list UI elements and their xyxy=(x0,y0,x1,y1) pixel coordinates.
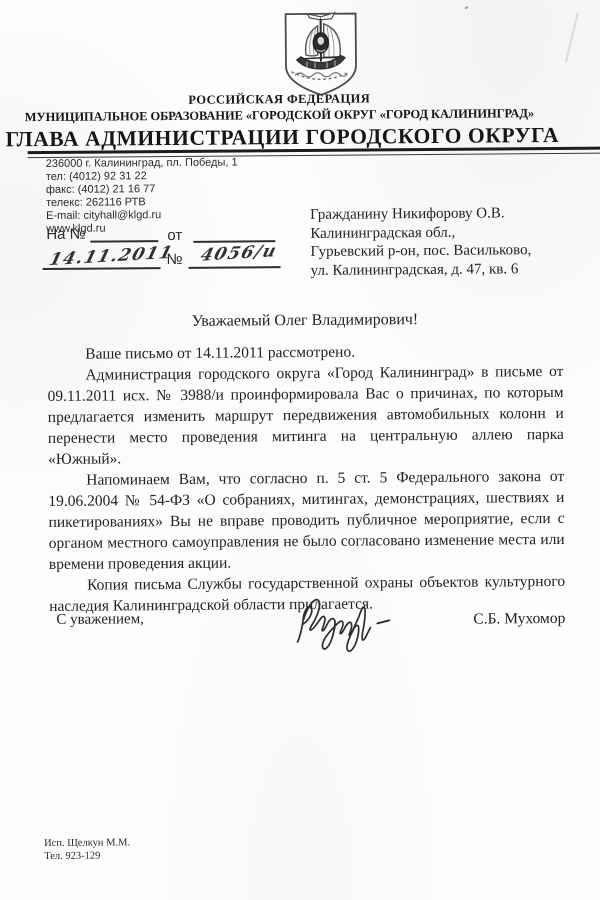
contact-block: 236000 г. Калининград, пл. Победы, 1 тел… xyxy=(46,156,277,235)
recipient-block: Гражданину Никифорову О.В. Калининградск… xyxy=(310,204,531,280)
handwritten-signature-icon xyxy=(289,589,394,663)
incoming-number-blank-line xyxy=(90,240,158,243)
executor-name: Исп. Щелкун М.М. xyxy=(44,836,130,850)
recipient-street: ул. Калининградская, д. 47, кв. 6 xyxy=(311,260,532,280)
executor-block: Исп. Щелкун М.М. Тел. 923-129 xyxy=(44,836,130,863)
scan-tilt-wrapper: РОССИЙСКАЯ ФЕДЕРАЦИЯ МУНИЦИПАЛЬНОЕ ОБРАЗ… xyxy=(0,0,600,900)
handwritten-date: 14.11.2011 xyxy=(47,243,176,270)
paragraph-3: Напоминаем Вам, что согласно п. 5 ст. 5 … xyxy=(48,466,565,575)
scan-scratch-mark xyxy=(565,12,579,63)
letter-body: Ваше письмо от 14.11.2011 рассмотрено. А… xyxy=(47,340,565,617)
salutation: Уважаемый Олег Владимирович! xyxy=(47,310,563,332)
outgoing-number-label: № xyxy=(166,251,182,268)
number-blank-line xyxy=(189,266,281,269)
recipient-name: Гражданину Никифорову О.В. xyxy=(310,204,531,224)
letterhead-municipality: МУНИЦИПАЛЬНОЕ ОБРАЗОВАНИЕ «ГОРОДСКОЙ ОКР… xyxy=(5,106,553,125)
scan-speck xyxy=(464,6,468,10)
handwritten-number: 4056/и xyxy=(198,241,279,266)
letterhead: РОССИЙСКАЯ ФЕДЕРАЦИЯ МУНИЦИПАЛЬНОЕ ОБРАЗ… xyxy=(5,90,553,152)
executor-phone: Тел. 923-129 xyxy=(44,849,130,863)
date-blank-line xyxy=(43,267,161,270)
paragraph-2: Администрация городского округа «Город К… xyxy=(47,361,564,470)
scanned-letter-page: РОССИЙСКАЯ ФЕДЕРАЦИЯ МУНИЦИПАЛЬНОЕ ОБРАЗ… xyxy=(0,0,600,900)
closing-phrase: С уважением, xyxy=(56,611,144,629)
incoming-date-label: от xyxy=(167,227,182,244)
recipient-district: Гурьевский р-он, пос. Васильково, xyxy=(310,241,531,261)
incoming-number-label: На № xyxy=(46,226,86,243)
signer-name: С.Б. Мухомор xyxy=(453,610,565,629)
recipient-region: Калининградская обл., xyxy=(310,223,531,243)
